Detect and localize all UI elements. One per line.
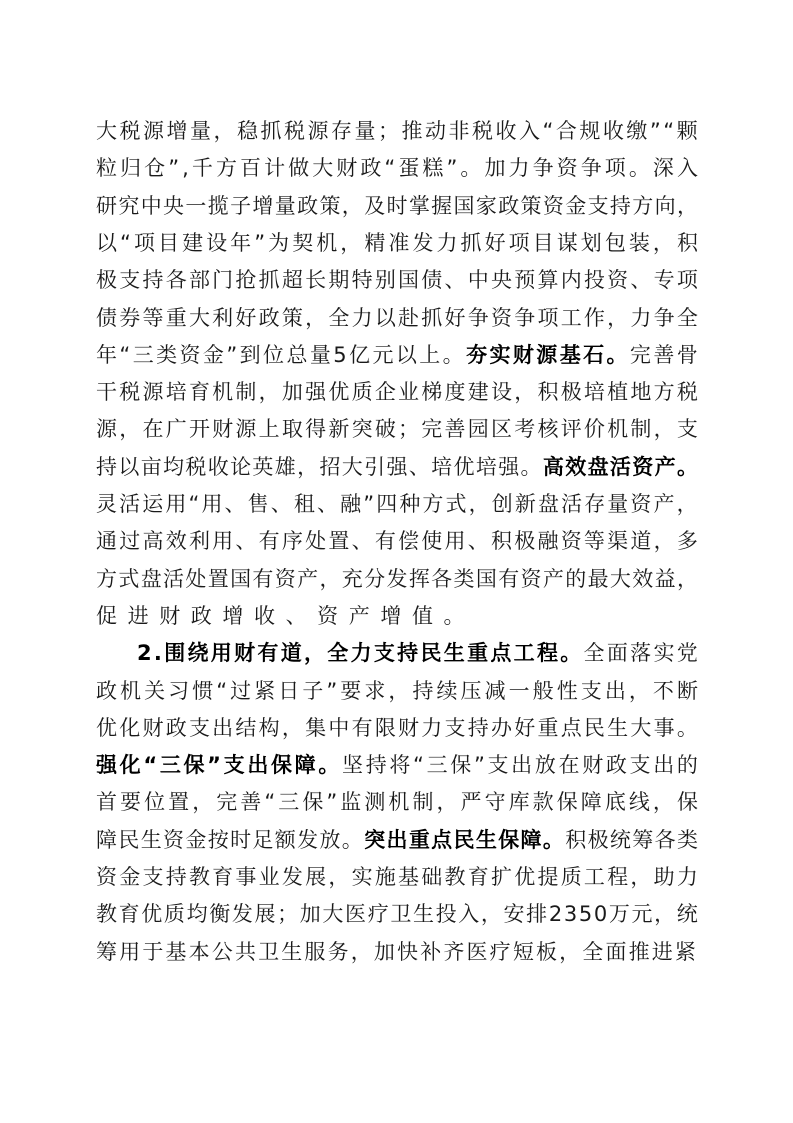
bold-char: ” bbox=[207, 750, 221, 780]
char: ， bbox=[654, 526, 675, 556]
char: 政 bbox=[259, 303, 280, 333]
char: 好 bbox=[235, 303, 256, 333]
bold-char: 生 bbox=[476, 825, 497, 855]
char: 资 bbox=[561, 526, 582, 556]
char: 培 bbox=[166, 377, 187, 407]
char: 量 bbox=[310, 340, 331, 370]
char: 机 bbox=[212, 377, 233, 407]
bold-char: 强 bbox=[96, 750, 117, 780]
bold-char: 民 bbox=[420, 638, 441, 668]
char: 用 bbox=[165, 489, 186, 519]
char: 线 bbox=[629, 787, 650, 817]
char: 入 bbox=[677, 153, 698, 183]
char: 盘 bbox=[141, 564, 162, 594]
char: 卫 bbox=[390, 899, 411, 929]
char: ” bbox=[474, 750, 485, 780]
text-line: 源，在广开财源上取得新突破；完善园区考核评价机制，支 bbox=[96, 414, 698, 444]
char: 压 bbox=[461, 676, 482, 706]
char: 招 bbox=[319, 452, 340, 482]
char: 亿 bbox=[349, 340, 370, 370]
char: ” bbox=[254, 228, 265, 258]
char: 包 bbox=[605, 228, 626, 258]
char: 机 bbox=[316, 228, 337, 258]
char: 生 bbox=[413, 899, 434, 929]
char: 政 bbox=[606, 750, 627, 780]
char: 策 bbox=[282, 303, 303, 333]
char: 设 bbox=[206, 228, 227, 258]
char: 育 bbox=[468, 862, 489, 892]
char: 握 bbox=[431, 191, 452, 221]
char: 资 bbox=[275, 564, 296, 594]
char: 争 bbox=[581, 153, 602, 183]
char: 央 bbox=[491, 265, 512, 295]
char: 共 bbox=[235, 937, 258, 967]
char: 支 bbox=[445, 713, 466, 743]
char: 医 bbox=[467, 937, 490, 967]
char: ， bbox=[388, 676, 409, 706]
char: 产 bbox=[349, 601, 381, 631]
char: 统 bbox=[677, 899, 698, 929]
char: ” bbox=[326, 676, 337, 706]
char: ， bbox=[297, 452, 318, 482]
char: “ bbox=[543, 116, 554, 146]
char: 般 bbox=[533, 676, 554, 706]
char: 抓 bbox=[261, 116, 282, 146]
char: 方 bbox=[632, 191, 653, 221]
char: 置 bbox=[328, 526, 349, 556]
char: 增 bbox=[380, 601, 412, 631]
char: “ bbox=[120, 228, 131, 258]
bold-char: 点 bbox=[431, 825, 452, 855]
char: 齐 bbox=[443, 937, 466, 967]
bold-char: . bbox=[154, 638, 162, 668]
char: 、 bbox=[409, 452, 430, 482]
char: 力 bbox=[421, 713, 442, 743]
char: 年 bbox=[230, 228, 251, 258]
bold-char: 工 bbox=[514, 638, 535, 668]
char: 补 bbox=[420, 937, 443, 967]
char: 进 bbox=[652, 937, 675, 967]
char: 四 bbox=[376, 489, 397, 519]
char: 盘 bbox=[538, 489, 559, 519]
bold-char: 点 bbox=[490, 638, 511, 668]
char: ， bbox=[629, 676, 650, 706]
bold-char: 夯 bbox=[466, 340, 487, 370]
char: 中 bbox=[468, 265, 489, 295]
char: 梯 bbox=[421, 377, 442, 407]
char: 赴 bbox=[398, 303, 419, 333]
char: 展 bbox=[254, 899, 275, 929]
char: 千 bbox=[192, 153, 213, 183]
bold-char: 围 bbox=[164, 638, 185, 668]
char: 增 bbox=[252, 191, 273, 221]
char: 售 bbox=[248, 489, 269, 519]
char: 产 bbox=[654, 489, 675, 519]
char: 大 bbox=[610, 564, 631, 594]
char: 建 bbox=[468, 377, 489, 407]
bold-char: 重 bbox=[409, 825, 430, 855]
char: 活 bbox=[561, 489, 582, 519]
bold-char: 障 bbox=[295, 750, 316, 780]
char: 政 bbox=[96, 676, 117, 706]
text-line: 首要位置，完善“三保”监测机制，严守库款保障底线，保 bbox=[96, 787, 698, 817]
char: 持 bbox=[96, 452, 117, 482]
char: 装 bbox=[629, 228, 650, 258]
text-line: 通过高效利用、有序处置、有偿使用、积极融资等渠道，多 bbox=[96, 526, 698, 556]
char: 方 bbox=[422, 489, 443, 519]
bold-char: 障 bbox=[521, 825, 542, 855]
char: 紧 bbox=[675, 937, 698, 967]
char: 地 bbox=[630, 377, 651, 407]
char: 。 bbox=[444, 601, 476, 631]
char: 以 bbox=[375, 303, 396, 333]
char: 国 bbox=[454, 191, 475, 221]
char: 化 bbox=[119, 713, 140, 743]
char: 发 bbox=[282, 862, 303, 892]
char: 作 bbox=[584, 303, 605, 333]
char: 强 bbox=[305, 377, 326, 407]
char: 计 bbox=[264, 153, 285, 183]
char: 策 bbox=[521, 191, 542, 221]
char: 制 bbox=[412, 787, 433, 817]
char: ， bbox=[677, 564, 698, 594]
char: ， bbox=[282, 713, 303, 743]
char: 力 bbox=[436, 228, 457, 258]
char: 准 bbox=[388, 228, 409, 258]
char: 子 bbox=[302, 676, 323, 706]
char: 百 bbox=[240, 153, 261, 183]
char: 构 bbox=[259, 713, 280, 743]
char: 、 bbox=[286, 601, 318, 631]
bold-char: “ bbox=[143, 750, 157, 780]
char: 用 bbox=[212, 526, 233, 556]
text-line: 灵活运用“用、售、租、融”四种方式，创新盘活存量资产， bbox=[96, 489, 698, 519]
char: 政 bbox=[191, 601, 223, 631]
char: 租 bbox=[294, 489, 315, 519]
char: 稳 bbox=[237, 116, 258, 146]
char: ， bbox=[469, 489, 490, 519]
char: 植 bbox=[607, 377, 628, 407]
char: 服 bbox=[304, 937, 327, 967]
char: 大 bbox=[322, 899, 343, 929]
char: 支 bbox=[588, 191, 609, 221]
char: 税 bbox=[472, 116, 493, 146]
char: 设 bbox=[491, 377, 512, 407]
char: 疗 bbox=[490, 937, 513, 967]
char: 质 bbox=[352, 377, 373, 407]
char: 育 bbox=[212, 862, 233, 892]
bold-char: 资 bbox=[632, 452, 653, 482]
char: 监 bbox=[340, 787, 361, 817]
char: “ bbox=[216, 676, 227, 706]
char: 财 bbox=[159, 601, 191, 631]
char: 持 bbox=[610, 191, 631, 221]
char: 新 bbox=[515, 489, 536, 519]
char: ， bbox=[514, 377, 535, 407]
char: ” bbox=[326, 787, 337, 817]
char: 政 bbox=[498, 191, 519, 221]
char: 支 bbox=[142, 862, 163, 892]
char: 紧 bbox=[254, 676, 275, 706]
char: 办 bbox=[491, 713, 512, 743]
char: 以 bbox=[118, 452, 139, 482]
char: 、 bbox=[352, 526, 373, 556]
char: ， bbox=[654, 414, 675, 444]
char: 区 bbox=[491, 414, 512, 444]
char: 加 bbox=[300, 899, 321, 929]
char: 发 bbox=[232, 899, 253, 929]
char: 。 bbox=[460, 153, 481, 183]
char: 全 bbox=[328, 303, 349, 333]
char: 党 bbox=[677, 638, 698, 668]
char: 底 bbox=[605, 787, 626, 817]
char: 收 bbox=[254, 601, 286, 631]
char: 优 bbox=[328, 377, 349, 407]
char: 不 bbox=[653, 676, 674, 706]
char: 筹 bbox=[632, 825, 653, 855]
char: 全 bbox=[584, 638, 605, 668]
char: 种 bbox=[399, 489, 420, 519]
char: 粒 bbox=[96, 153, 117, 183]
char: 发 bbox=[297, 825, 318, 855]
char: 以 bbox=[396, 340, 417, 370]
char: ； bbox=[378, 116, 399, 146]
char: 持 bbox=[366, 750, 387, 780]
char: 足 bbox=[252, 825, 273, 855]
char: 年 bbox=[96, 340, 117, 370]
bold-char: 财 bbox=[513, 340, 534, 370]
char: 推 bbox=[629, 937, 652, 967]
char: 争 bbox=[514, 303, 535, 333]
char: 资 bbox=[630, 489, 651, 519]
char: 税 bbox=[119, 377, 140, 407]
char: 量 bbox=[275, 191, 296, 221]
char: 偿 bbox=[398, 526, 419, 556]
char: 方 bbox=[96, 564, 117, 594]
char: 归 bbox=[120, 153, 141, 183]
char: 用 bbox=[119, 937, 142, 967]
char: 预 bbox=[514, 265, 535, 295]
char: 。 bbox=[521, 452, 542, 482]
char: 财 bbox=[336, 153, 357, 183]
char: 善 bbox=[240, 787, 261, 817]
char: 质 bbox=[164, 899, 185, 929]
char: 以 bbox=[96, 228, 117, 258]
char: 将 bbox=[389, 750, 410, 780]
char: 善 bbox=[445, 414, 466, 444]
char: 强 bbox=[386, 452, 407, 482]
char: 位 bbox=[144, 787, 165, 817]
char: 好 bbox=[445, 303, 466, 333]
char: 重 bbox=[537, 713, 558, 743]
char: 0 bbox=[594, 899, 607, 929]
char: ； bbox=[398, 414, 419, 444]
char: 善 bbox=[653, 340, 674, 370]
char: 优 bbox=[514, 862, 535, 892]
text-line: 持以亩均税收论英雄，招大引强、培优培强。高效盘活资产。 bbox=[96, 452, 698, 482]
char: 目 bbox=[158, 228, 179, 258]
bold-char: 2 bbox=[137, 638, 152, 668]
char: 首 bbox=[96, 787, 117, 817]
char: 规 bbox=[579, 116, 600, 146]
char: ， bbox=[630, 862, 651, 892]
char: 量 bbox=[355, 116, 376, 146]
char: 建 bbox=[182, 228, 203, 258]
char: 测 bbox=[364, 787, 385, 817]
char: 融 bbox=[537, 526, 558, 556]
char: 渠 bbox=[607, 526, 628, 556]
char: 政 bbox=[166, 713, 187, 743]
char: 效 bbox=[632, 564, 653, 594]
char: 活 bbox=[163, 564, 184, 594]
text-line: 以“项目建设年”为契机，精准发力抓好项目谋划包装，积 bbox=[96, 228, 698, 258]
char: 。 bbox=[677, 713, 698, 743]
char: 创 bbox=[492, 489, 513, 519]
char: 排 bbox=[526, 899, 547, 929]
char: 资 bbox=[180, 340, 201, 370]
char: ； bbox=[277, 899, 298, 929]
char: 家 bbox=[476, 191, 497, 221]
char: 制 bbox=[630, 414, 651, 444]
text-line: 筹用于基本公共卫生服务，加快补齐医疗短板，全面推进紧 bbox=[96, 937, 698, 967]
char: , bbox=[182, 153, 189, 183]
char: “ bbox=[384, 153, 395, 183]
char: 、 bbox=[468, 526, 489, 556]
char: 资 bbox=[163, 825, 184, 855]
char: 用 bbox=[445, 526, 466, 556]
bold-char: 绕 bbox=[188, 638, 209, 668]
char: 工 bbox=[584, 862, 605, 892]
char: 入 bbox=[458, 899, 479, 929]
text-line: 教育优质均衡发展；加大医疗卫生投入，安排2350万元，统 bbox=[96, 899, 698, 929]
char: 力 bbox=[630, 303, 651, 333]
char: 灵 bbox=[96, 489, 117, 519]
char: 库 bbox=[509, 787, 530, 817]
char: ， bbox=[351, 937, 374, 967]
char: 处 bbox=[185, 564, 206, 594]
char: 集 bbox=[305, 713, 326, 743]
char: 减 bbox=[485, 676, 506, 706]
char: 严 bbox=[461, 787, 482, 817]
char: 守 bbox=[485, 787, 506, 817]
char: 项 bbox=[605, 153, 626, 183]
bold-char: 。 bbox=[318, 750, 339, 780]
char: “ bbox=[663, 116, 674, 146]
char: 支 bbox=[677, 414, 698, 444]
char: 长 bbox=[305, 265, 326, 295]
char: 财 bbox=[398, 713, 419, 743]
char: 抓 bbox=[461, 228, 482, 258]
char: 支 bbox=[488, 750, 509, 780]
char: 位 bbox=[263, 340, 284, 370]
bold-char: 。 bbox=[543, 825, 564, 855]
char: 完 bbox=[216, 787, 237, 817]
char: 开 bbox=[189, 414, 210, 444]
char: “ bbox=[188, 489, 199, 519]
char: “ bbox=[264, 787, 275, 817]
char: 习 bbox=[168, 676, 189, 706]
char: 障 bbox=[581, 787, 602, 817]
char: 置 bbox=[208, 564, 229, 594]
char: 机 bbox=[607, 414, 628, 444]
char: 项 bbox=[537, 303, 558, 333]
char: 金 bbox=[119, 862, 140, 892]
char: 财 bbox=[142, 713, 163, 743]
char: 揽 bbox=[208, 191, 229, 221]
char: 持 bbox=[412, 676, 433, 706]
char: 强 bbox=[498, 452, 519, 482]
char: 道 bbox=[630, 526, 651, 556]
char: 坚 bbox=[342, 750, 363, 780]
char: 实 bbox=[352, 862, 373, 892]
char: 性 bbox=[557, 676, 578, 706]
char: ” bbox=[168, 153, 179, 183]
char: 到 bbox=[240, 340, 261, 370]
char: 短 bbox=[513, 937, 536, 967]
char: 放 bbox=[319, 825, 340, 855]
char: ， bbox=[259, 377, 280, 407]
bold-char: 突 bbox=[364, 825, 385, 855]
char: 别 bbox=[375, 265, 396, 295]
char: 展 bbox=[305, 862, 326, 892]
char: 大 bbox=[342, 452, 363, 482]
char: ” bbox=[650, 116, 661, 146]
char: 有 bbox=[498, 564, 519, 594]
char: ， bbox=[119, 414, 140, 444]
char: 完 bbox=[630, 340, 651, 370]
char: 提 bbox=[537, 862, 558, 892]
char: 资 bbox=[491, 303, 512, 333]
char: 保 bbox=[557, 787, 578, 817]
char: 基 bbox=[165, 937, 188, 967]
text-line: 债券等重大利好政策，全力以赴抓好争资争项工作，力争全 bbox=[96, 303, 698, 333]
char: 好 bbox=[485, 228, 506, 258]
char: ” bbox=[363, 489, 374, 519]
char: 极 bbox=[561, 377, 582, 407]
char: 值 bbox=[412, 601, 444, 631]
char: 入 bbox=[519, 116, 540, 146]
char: 三 bbox=[133, 340, 154, 370]
char: 三 bbox=[278, 787, 299, 817]
char: 处 bbox=[305, 526, 326, 556]
char: 、 bbox=[235, 526, 256, 556]
char: 益 bbox=[655, 564, 676, 594]
char: 等 bbox=[142, 303, 163, 333]
char: 时 bbox=[386, 191, 407, 221]
char: 持 bbox=[142, 265, 163, 295]
char: 收 bbox=[496, 116, 517, 146]
char: 础 bbox=[421, 862, 442, 892]
char: 财 bbox=[212, 414, 233, 444]
char: 用 bbox=[201, 489, 222, 519]
char: 资 bbox=[96, 862, 117, 892]
char: 扩 bbox=[491, 862, 512, 892]
char: ， bbox=[305, 303, 326, 333]
char: 颗 bbox=[677, 116, 698, 146]
bold-char: 出 bbox=[386, 825, 407, 855]
char: 统 bbox=[610, 825, 631, 855]
char: 加 bbox=[374, 937, 397, 967]
char: 育 bbox=[189, 377, 210, 407]
char: 生 bbox=[141, 825, 162, 855]
char: 目 bbox=[533, 228, 554, 258]
char: 等 bbox=[584, 526, 605, 556]
char: 机 bbox=[388, 787, 409, 817]
text-line: 干税源培育机制，加强优质企业梯度建设，积极培植地方税 bbox=[96, 377, 698, 407]
char: 事 bbox=[235, 862, 256, 892]
char: 产 bbox=[543, 564, 564, 594]
char: 资 bbox=[557, 153, 578, 183]
